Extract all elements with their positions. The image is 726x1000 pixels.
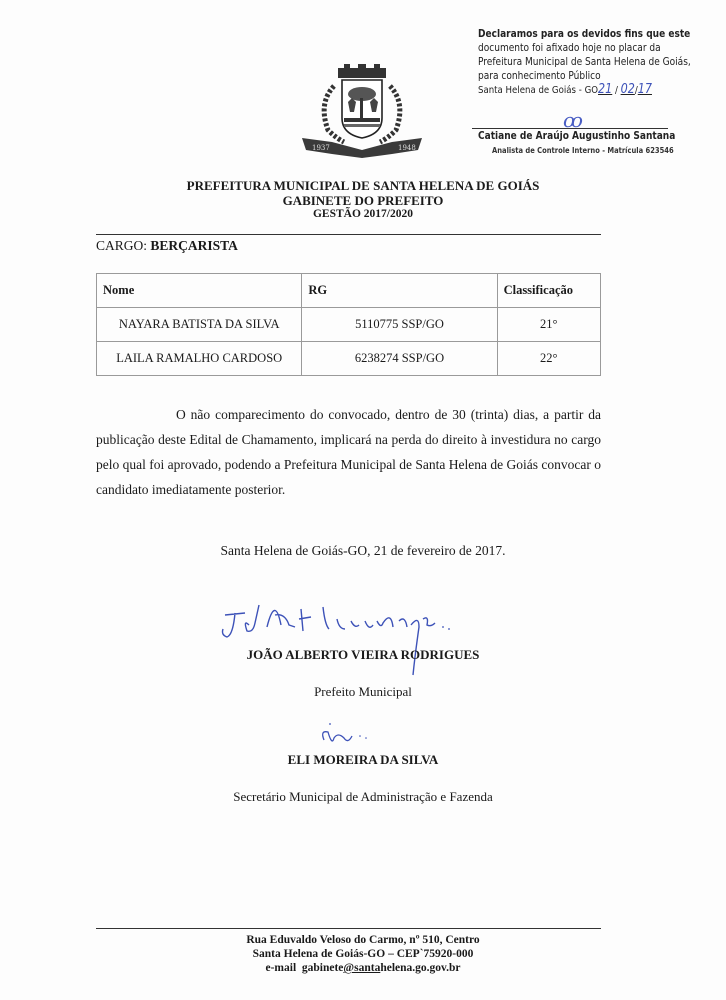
- coat-of-arms-icon: 1937 1948: [282, 58, 442, 158]
- stamp-line-1: Declaramos para os devidos fins que este: [478, 27, 719, 41]
- secretary-name: ELI MOREIRA DA SILVA: [0, 752, 726, 768]
- footer-email[interactable]: e-mail gabinete@santahelena.go.gov.br: [0, 961, 726, 975]
- mayor-role: Prefeito Municipal: [0, 684, 726, 700]
- footer-divider: [96, 928, 601, 929]
- cell-rg: 5110775 SSP/GO: [302, 308, 497, 342]
- mayor-name: JOÃO ALBERTO VIEIRA RODRIGUES: [0, 647, 726, 663]
- stamp-line-2: documento foi afixado hoje no placar da: [478, 41, 719, 55]
- cell-name: LAILA RAMALHO CARDOSO: [97, 342, 302, 376]
- mayor-signature-icon: [215, 585, 475, 680]
- footer-email-domain: helena.go.gov.br: [380, 962, 460, 974]
- table-header-row: Nome RG Classificação: [97, 274, 601, 308]
- footer-contact: Rua Eduvaldo Veloso do Carmo, nº 510, Ce…: [0, 933, 726, 975]
- footer-address: Rua Eduvaldo Veloso do Carmo, nº 510, Ce…: [0, 933, 726, 947]
- svg-text:1937: 1937: [312, 144, 330, 152]
- publication-stamp: Declaramos para os devidos fins que este…: [478, 27, 719, 98]
- stamp-date-prefix: Santa Helena de Goiás - GO: [478, 85, 598, 96]
- cell-rank: 21°: [497, 308, 600, 342]
- table-row: LAILA RAMALHO CARDOSO 6238274 SSP/GO 22°: [97, 342, 601, 376]
- footer-email-at: @santa: [343, 962, 380, 974]
- cell-name: NAYARA BATISTA DA SILVA: [97, 308, 302, 342]
- footer-email-label: e-mail: [265, 962, 296, 974]
- secretary-signature-icon: [318, 718, 398, 754]
- stamp-date-day: 21: [598, 82, 612, 97]
- stamp-date-line: Santa Helena de Goiás - GO21 / 02/17: [478, 83, 719, 98]
- header-office: GABINETE DO PREFEITO: [0, 193, 726, 209]
- column-header-name: Nome: [97, 274, 302, 308]
- secretary-role: Secretário Municipal de Administração e …: [0, 789, 726, 805]
- position-line: CARGO: BERÇARISTA: [96, 238, 238, 254]
- table-row: NAYARA BATISTA DA SILVA 5110775 SSP/GO 2…: [97, 308, 601, 342]
- position-value: BERÇARISTA: [150, 238, 238, 253]
- candidates-table: Nome RG Classificação NAYARA BATISTA DA …: [96, 273, 601, 376]
- position-label: CARGO:: [96, 238, 147, 253]
- header-term: GESTÃO 2017/2020: [0, 208, 726, 220]
- footer-city: Santa Helena de Goiás-GO – CEP`75920-000: [0, 947, 726, 961]
- stamp-line-4: para conhecimento Público: [478, 69, 719, 83]
- notice-text: O não comparecimento do convocado, dentr…: [96, 407, 601, 497]
- cell-rg: 6238274 SSP/GO: [302, 342, 497, 376]
- header-divider: [96, 234, 601, 235]
- stamp-signature-line: [472, 128, 668, 129]
- svg-text:1948: 1948: [398, 144, 416, 152]
- cell-rank: 22°: [497, 342, 600, 376]
- stamp-date-year: 17: [638, 82, 652, 97]
- stamp-signer-name: Catiane de Araújo Augustinho Santana: [478, 130, 675, 142]
- header-municipality: PREFEITURA MUNICIPAL DE SANTA HELENA DE …: [0, 178, 726, 194]
- column-header-rank: Classificação: [497, 274, 600, 308]
- place-and-date: Santa Helena de Goiás-GO, 21 de fevereir…: [0, 543, 726, 559]
- stamp-line-3: Prefeitura Municipal de Santa Helena de …: [478, 55, 719, 69]
- stamp-date-month: 02: [621, 82, 635, 97]
- column-header-rg: RG: [302, 274, 497, 308]
- footer-email-user: gabinete: [302, 962, 344, 974]
- stamp-signer-role: Analista de Controle Interno - Matrícula…: [492, 146, 674, 155]
- notice-paragraph: O não comparecimento do convocado, dentr…: [96, 402, 601, 502]
